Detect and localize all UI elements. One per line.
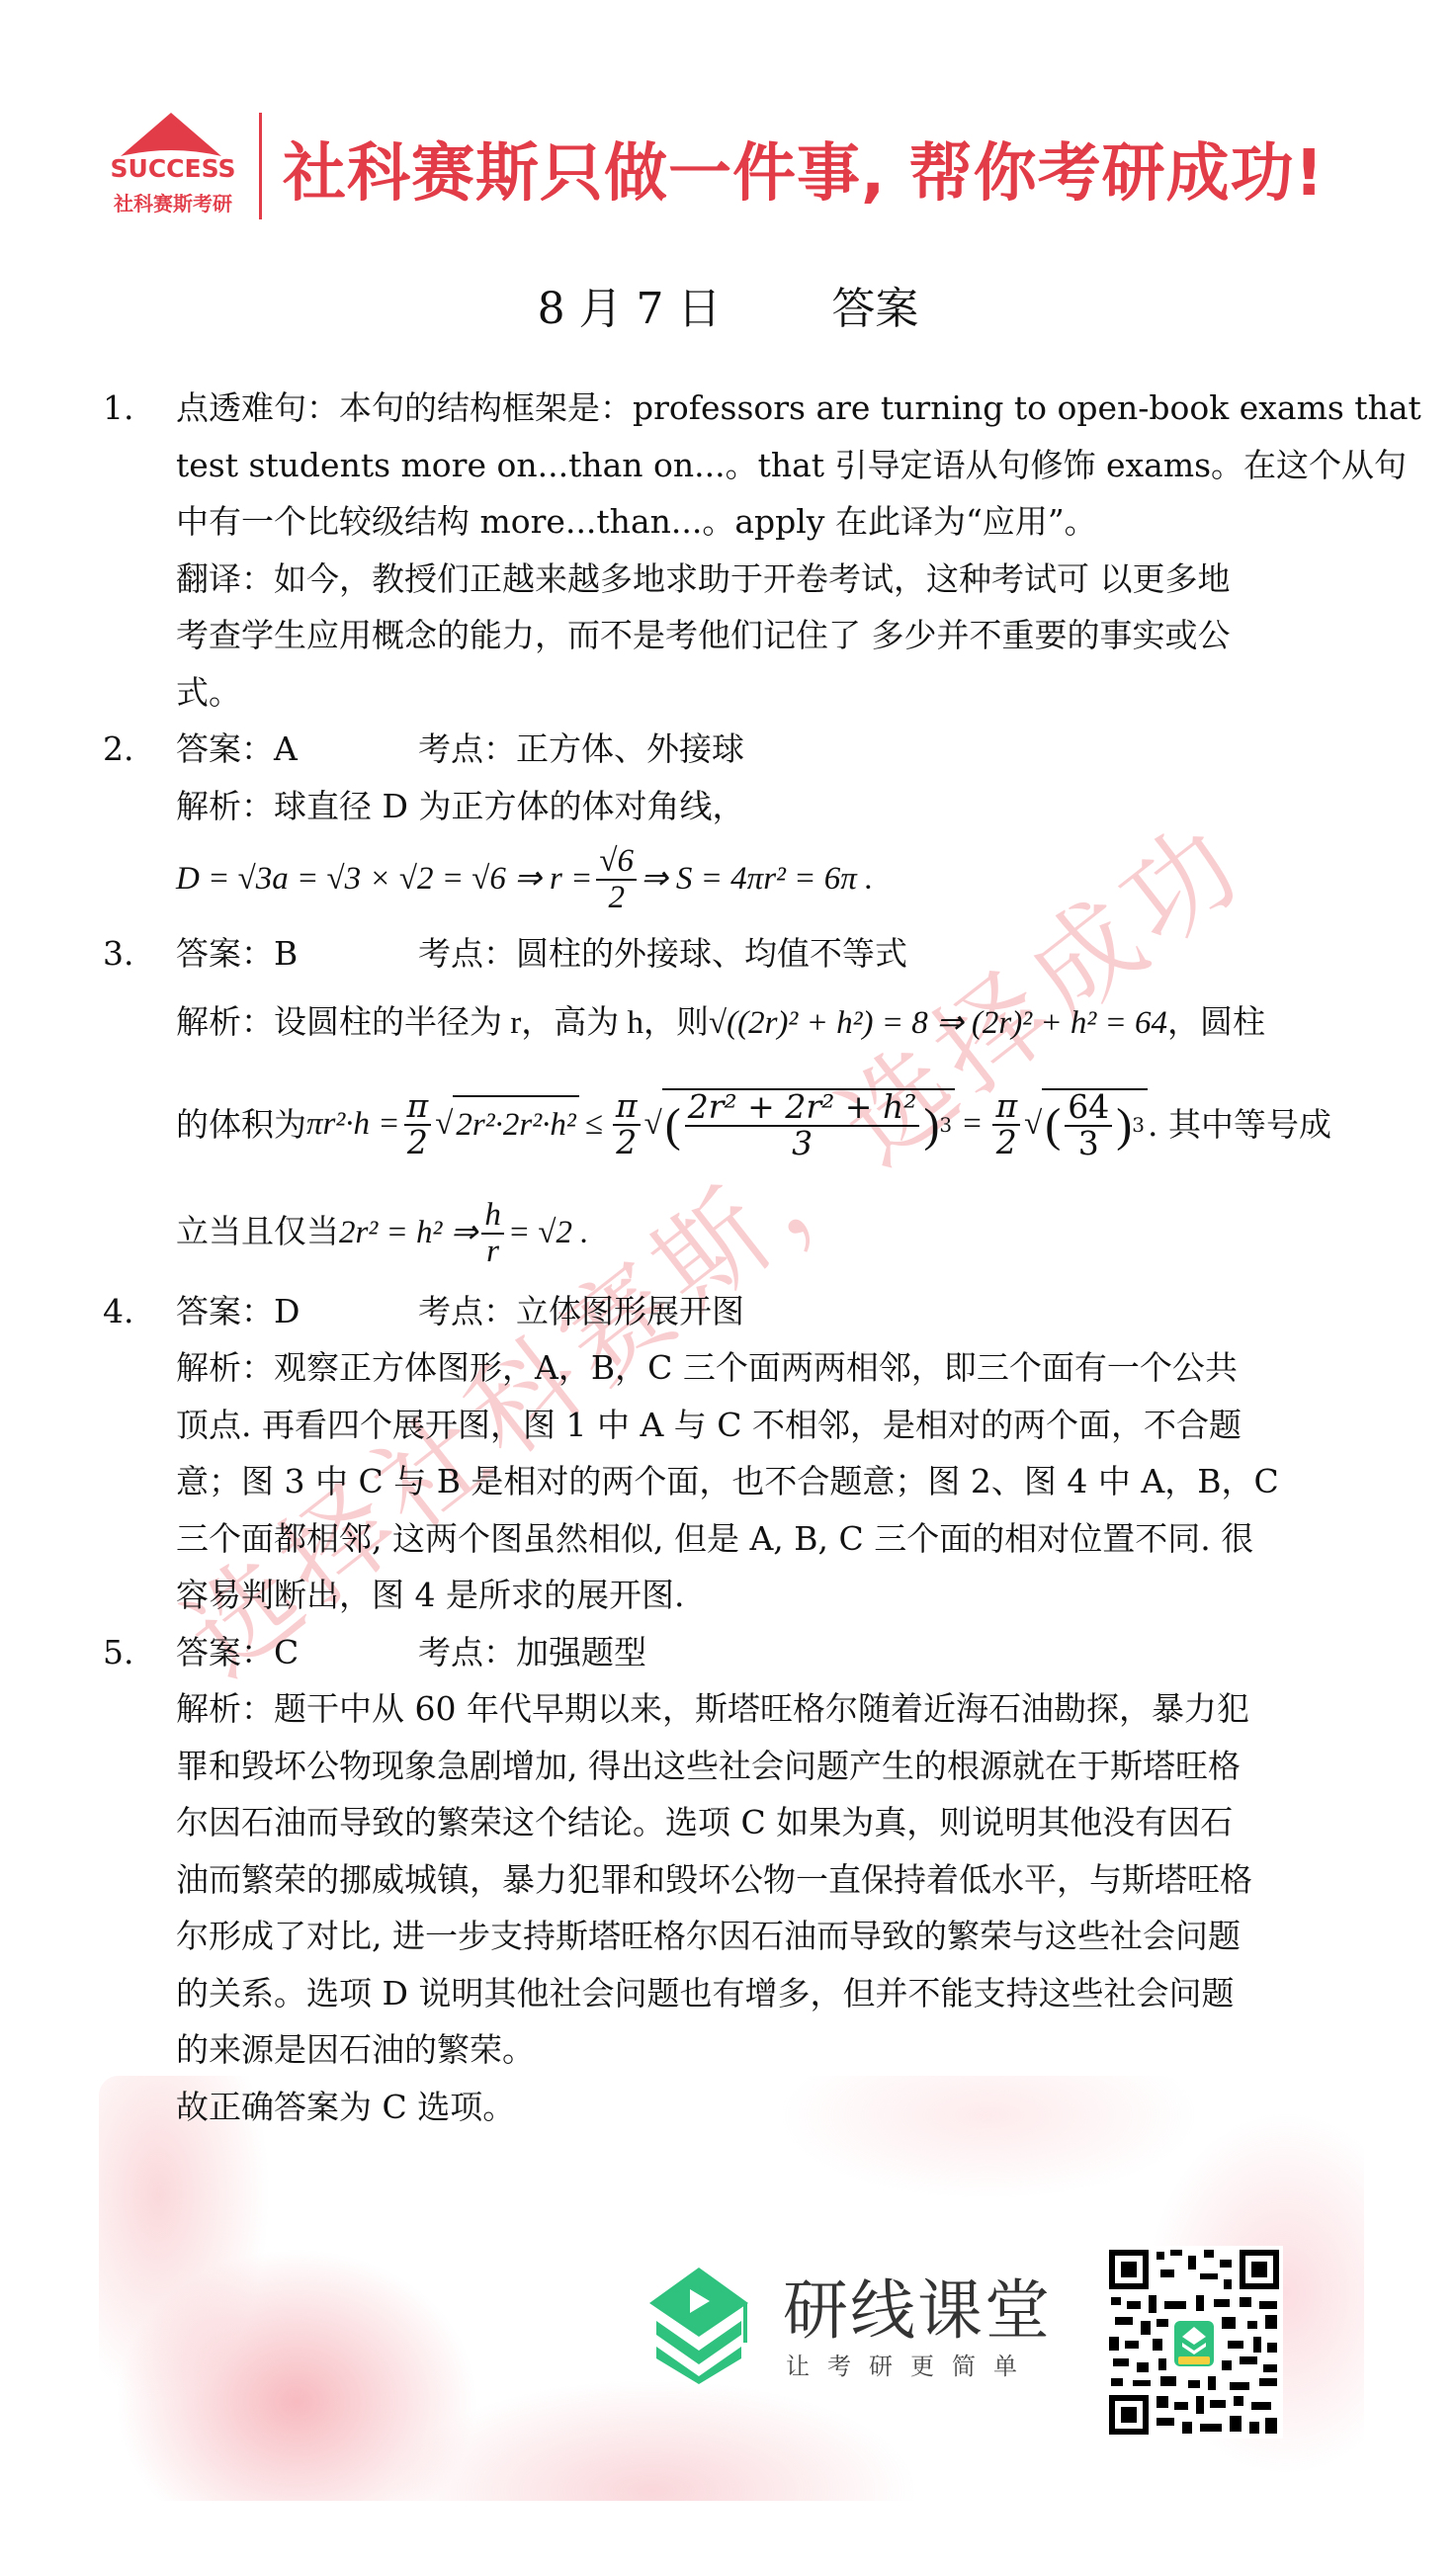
answer-list: 1. 点透难句：本句的结构框架是：professors are turning … xyxy=(103,380,1378,2135)
topic-label: 考点：立体图形展开图 xyxy=(418,1283,744,1340)
answer-label: 答案：D xyxy=(176,1283,418,1340)
text-line: 中有一个比较级结构 more...than...。apply 在此译为“应用”。 xyxy=(176,493,1378,551)
answer-item-2: 2. 答案：A 考点：正方体、外接球 解析：球直径 D 为正方体的体对角线， D… xyxy=(103,721,1378,925)
formula: D = √3a = √3 × √2 = √6 ⇒ r = √6 2 ⇒ S = … xyxy=(176,834,1378,925)
header-slogan: 社科赛斯只做一件事, 帮你考研成功! xyxy=(283,123,1325,214)
text-line: 三个面都相邻, 这两个图虽然相似, 但是 A, B, C 三个面的相对位置不同.… xyxy=(176,1510,1378,1568)
logo-subtitle: 社科赛斯考研 xyxy=(99,188,247,216)
text-line: 意；图 3 中 C 与 B 是相对的两个面，也不合题意；图 2、图 4 中 A，… xyxy=(176,1453,1378,1510)
text-line: 考查学生应用概念的能力，而不是考他们记住了 多少并不重要的事实或公 xyxy=(176,607,1378,664)
analysis-line: 解析：设圆柱的半径为 r，高为 h，则 √((2r)² + h²) = 8 ⇒ … xyxy=(176,983,1378,1066)
topic-label: 考点：正方体、外接球 xyxy=(418,721,744,778)
answer-item-5: 5. 答案：C 考点：加强题型 解析：题干中从 60 年代早期以来，斯塔旺格尔随… xyxy=(103,1624,1378,2136)
text-line: 翻译：如今，教授们正越来越多地求助于开卷考试，这种考试可 以更多地 xyxy=(176,551,1378,608)
header-divider xyxy=(259,113,262,219)
topic-label: 考点：加强题型 xyxy=(418,1624,646,1681)
text-line: 容易判断出，图 4 是所求的展开图. xyxy=(176,1567,1378,1624)
text-line: 解析：题干中从 60 年代早期以来，斯塔旺格尔随着近海石油勘探，暴力犯 xyxy=(176,1680,1378,1738)
brand-tagline: 让考研更简单 xyxy=(786,2347,1035,2381)
success-logo: SUCCESS 社科赛斯考研 xyxy=(99,111,247,219)
item-number: 3. xyxy=(103,925,134,983)
item-number: 5. xyxy=(103,1624,134,1681)
answer-item-4: 4. 答案：D 考点：立体图形展开图 解析：观察正方体图形，A，B，C 三个面两… xyxy=(103,1283,1378,1624)
page-title: 8 月 7 日 答案 xyxy=(0,273,1456,336)
text-line: 罪和毁坏公物现象急剧增加, 得出这些社会问题产生的根源就在于斯塔旺格 xyxy=(176,1738,1378,1795)
topic-label: 考点：圆柱的外接球、均值不等式 xyxy=(418,925,907,983)
text-line: 点透难句：本句的结构框架是：professors are turning to … xyxy=(176,380,1378,437)
qr-code-icon[interactable] xyxy=(1105,2246,1283,2439)
text-line: 的来源是因石油的繁荣。 xyxy=(176,2021,1378,2079)
answer-item-1: 1. 点透难句：本句的结构框架是：professors are turning … xyxy=(103,380,1378,721)
answer-label: 答案：C xyxy=(176,1624,418,1681)
book-stack-play-icon xyxy=(644,2266,753,2384)
text-line: 顶点. 再看四个展开图，图 1 中 A 与 C 不相邻，是相对的两个面，不合题 xyxy=(176,1397,1378,1454)
roof-icon xyxy=(117,111,225,158)
text-line: 尔形成了对比, 进一步支持斯塔旺格尔因石油而导致的繁荣与这些社会问题 xyxy=(176,1908,1378,1965)
volume-line: 的体积为 πr²·h = π2 √2r²·2r²·h² ≤ π2 √ ( 2r²… xyxy=(176,1066,1378,1184)
item-number: 2. xyxy=(103,721,134,778)
yanxian-brand: 研线课堂 让考研更简单 xyxy=(644,2256,1020,2384)
fraction: √6 2 xyxy=(596,844,637,914)
item-number: 1. xyxy=(103,380,134,437)
brand-name: 研线课堂 xyxy=(783,2258,1052,2352)
answer-item-3: 3. 答案：B 考点：圆柱的外接球、均值不等式 解析：设圆柱的半径为 r，高为 … xyxy=(103,925,1378,1283)
text-line: 的关系。选项 D 说明其他社会问题也有增多，但并不能支持这些社会问题 xyxy=(176,1965,1378,2022)
text-line: 油而繁荣的挪威城镇，暴力犯罪和毁坏公物一直保持着低水平，与斯塔旺格 xyxy=(176,1851,1378,1909)
item-number: 4. xyxy=(103,1283,134,1340)
text-line: test students more on...than on...。that … xyxy=(176,437,1378,494)
equality-line: 立当且仅当 2r² = h² ⇒ hr = √2 . xyxy=(176,1184,1378,1283)
text-line: 解析：观察正方体图形，A，B，C 三个面两两相邻，即三个面有一个公共 xyxy=(176,1339,1378,1397)
logo-text: SUCCESS xyxy=(99,154,247,183)
answer-label: 答案：B xyxy=(176,925,418,983)
text-line: 故正确答案为 C 选项。 xyxy=(176,2079,1378,2136)
analysis-text: 解析：球直径 D 为正方体的体对角线， xyxy=(176,778,1378,835)
text-line: 式。 xyxy=(176,664,1378,722)
answer-label: 答案：A xyxy=(176,721,418,778)
text-line: 尔因石油而导致的繁荣这个结论。选项 C 如果为真，则说明其他没有因石 xyxy=(176,1794,1378,1851)
